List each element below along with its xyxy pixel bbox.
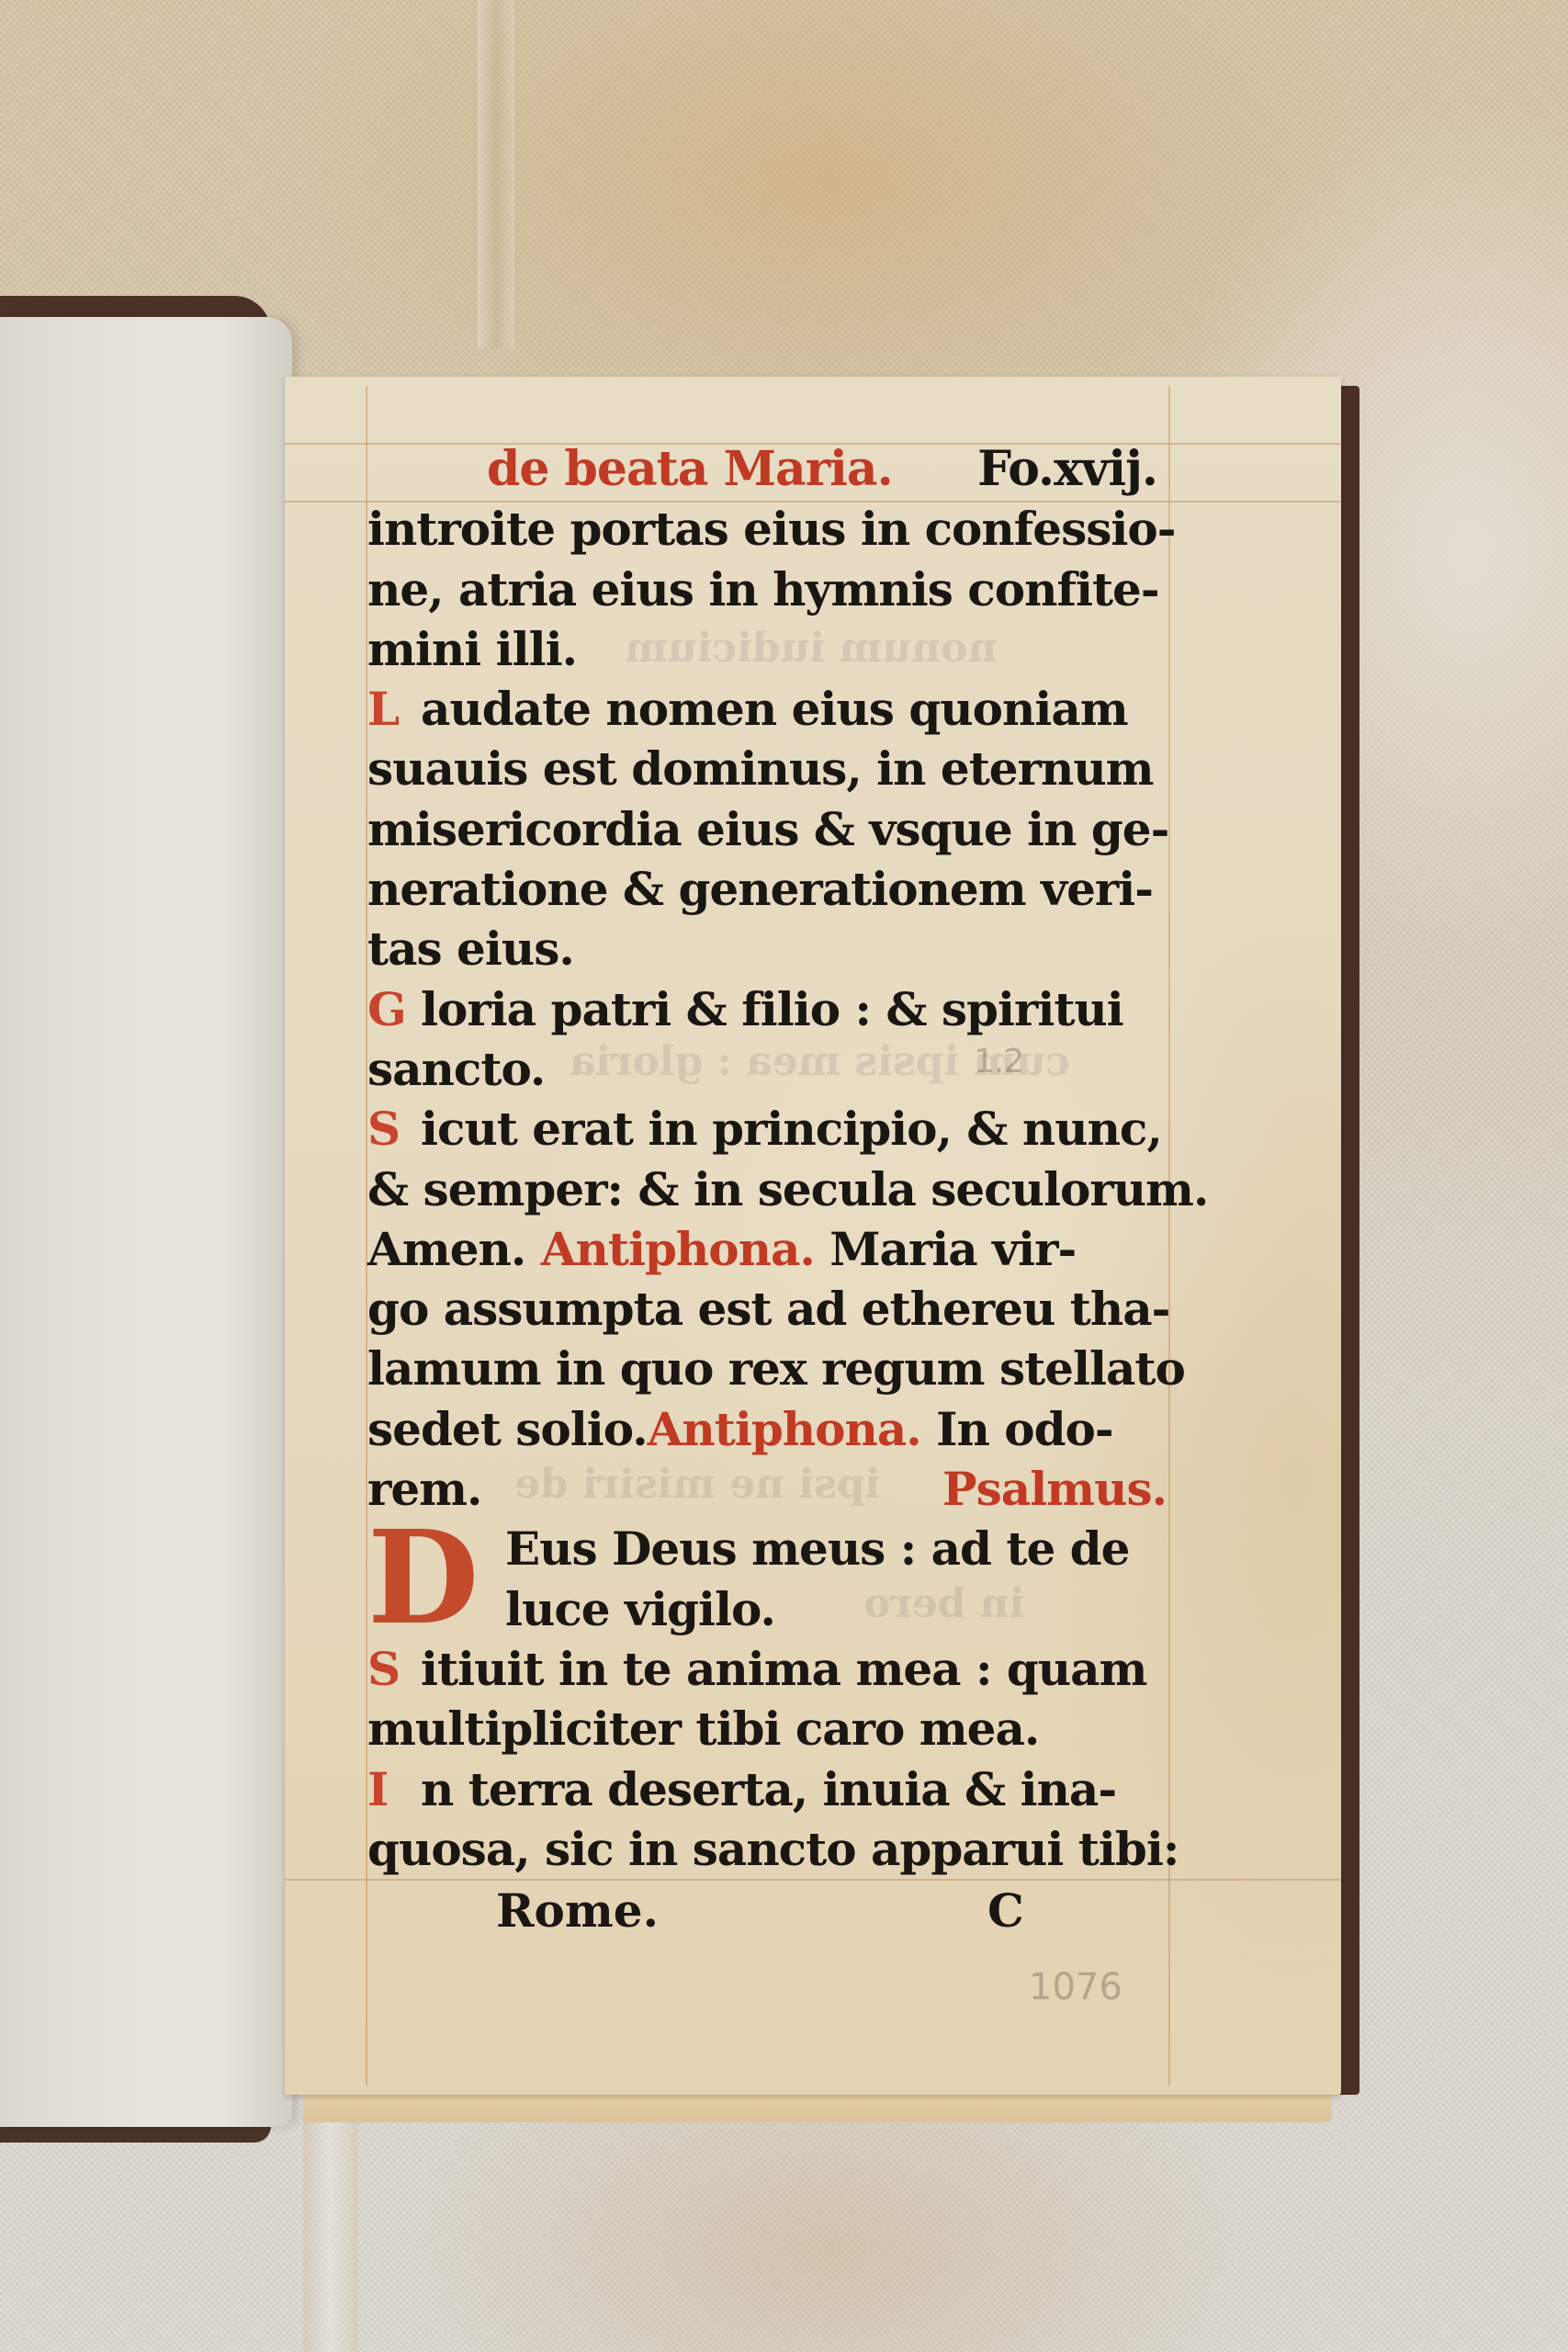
text-line: multipliciter tibi caro mea.	[367, 1699, 1176, 1758]
left-blank-page	[0, 317, 292, 2127]
text-line: suauis est dominus, in eternum	[367, 739, 1176, 798]
line-text: itiuit in te anima mea : quam	[421, 1642, 1146, 1696]
text-line: & semper: & in secula seculorum.	[367, 1159, 1176, 1219]
rubricated-initial: G	[367, 979, 421, 1039]
line-text: Amen.	[367, 1222, 525, 1276]
rubricated-initial: I	[367, 1759, 421, 1819]
cloth-fold	[478, 0, 514, 349]
line-text: In odo-	[936, 1402, 1113, 1456]
text-line: rem. Psalmus.	[367, 1459, 1176, 1519]
text-line: neratione & generationem veri-	[367, 859, 1176, 919]
line-text: Eus Deus meus : ad te de	[367, 1521, 1129, 1576]
text-line: ne, atria eius in hymnis confite-	[367, 560, 1176, 619]
signature-mark: C	[987, 1883, 1024, 1938]
text-line: Laudate nomen eius quoniam	[367, 679, 1176, 739]
text-line: mini illi.	[367, 619, 1176, 679]
text-line: luce vigilo.	[367, 1579, 1176, 1639]
text-line: go assumpta est ad ethereu tha-	[367, 1279, 1176, 1339]
text-line: Amen. Antiphona. Maria vir-	[367, 1219, 1176, 1279]
running-title: de beata Maria.	[487, 439, 893, 499]
line-text: loria patri & filio : & spiritui	[421, 982, 1123, 1036]
text-line: Sicut erat in principio, & nunc,	[367, 1099, 1176, 1159]
rubricated-initial: S	[367, 1099, 421, 1159]
text-line: misericordia eius & vsque in ge-	[367, 799, 1176, 859]
running-head: de beata Maria. Fo.xvij.	[367, 439, 1176, 499]
rubric-label: Antiphona.	[541, 1222, 815, 1276]
text-line: D Eus Deus meus : ad te de	[367, 1519, 1176, 1578]
line-text: n terra deserta, inuia & ina-	[421, 1762, 1116, 1816]
rubric-label: Antiphona.	[648, 1402, 921, 1456]
text-line: sedet solio.Antiphona. In odo-	[367, 1399, 1176, 1459]
line-text: sedet solio.	[367, 1402, 648, 1456]
line-text: luce vigilo.	[367, 1582, 775, 1636]
text-line: In terra deserta, inuia & ina-	[367, 1759, 1176, 1819]
page-text: de beata Maria. Fo.xvij. introite portas…	[367, 439, 1176, 1879]
text-line: tas eius.	[367, 919, 1176, 978]
line-text: audate nomen eius quoniam	[421, 682, 1128, 736]
catchword: Rome.	[496, 1883, 659, 1938]
rubricated-initial: S	[367, 1639, 421, 1699]
line-text: sancto.	[367, 1042, 545, 1096]
text-line: lamum in quo rex regum stellato	[367, 1339, 1176, 1398]
cloth-fold	[303, 2095, 358, 2352]
ruling-line	[285, 1879, 1341, 1881]
text-line: Sitiuit in te anima mea : quam	[367, 1639, 1176, 1699]
line-text: Maria vir-	[829, 1222, 1076, 1276]
rubric-label: Psalmus.	[942, 1459, 1167, 1519]
text-line: quosa, sic in sancto apparui tibi:	[367, 1819, 1176, 1879]
text-line: Gloria patri & filio : & spiritui	[367, 979, 1176, 1039]
text-line: introite portas eius in confessio-	[367, 499, 1176, 559]
pencil-annotation: 1076	[1029, 1966, 1122, 2008]
text-line: sancto. 1.2	[367, 1039, 1176, 1099]
line-text: icut erat in principio, & nunc,	[421, 1102, 1162, 1156]
rubricated-initial: L	[367, 679, 421, 739]
pencil-annotation: 1.2	[974, 1032, 1023, 1091]
folio-number: Fo.xvij.	[977, 439, 1157, 499]
